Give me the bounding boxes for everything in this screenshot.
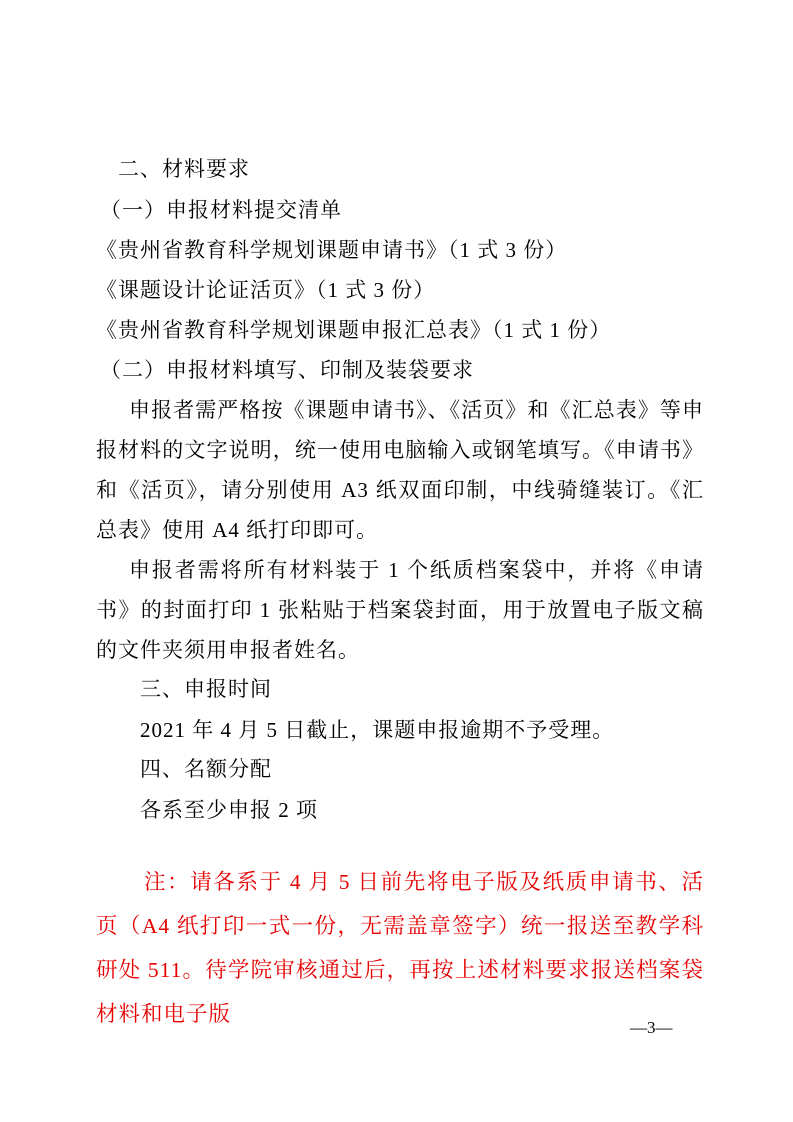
list-item-summary-table: 《贵州省教育科学规划课题申报汇总表》（1 式 1 份） <box>96 310 704 350</box>
paragraph-archive-bag-requirements: 申报者需将所有材料装于 1 个纸质档案袋中，并将《申请书》的封面打印 1 张粘贴… <box>96 550 704 670</box>
section-3-heading: 三、申报时间 <box>96 670 704 710</box>
note-red-text: 注：请各系于 4 月 5 日前先将电子版及纸质申请书、活页（A4 纸打印一式一份… <box>96 860 704 1036</box>
list-item-design-loose-pages: 《课题设计论证活页》（1 式 3 份） <box>96 270 704 310</box>
subsection-2-heading: （二）申报材料填写、印制及装袋要求 <box>96 350 704 390</box>
paragraph-quota: 各系至少申报 2 项 <box>96 790 704 830</box>
paragraph-deadline: 2021 年 4 月 5 日截止，课题申报逾期不予受理。 <box>96 710 704 750</box>
document-page: 二、材料要求 （一）申报材料提交清单 《贵州省教育科学规划课题申请书》（1 式 … <box>0 0 793 1122</box>
document-body: 二、材料要求 （一）申报材料提交清单 《贵州省教育科学规划课题申请书》（1 式 … <box>96 150 704 1036</box>
paragraph-fill-print-requirements: 申报者需严格按《课题申请书》、《活页》和《汇总表》等申报材料的文字说明，统一使用… <box>96 390 704 550</box>
subsection-1-heading: （一）申报材料提交清单 <box>96 190 704 230</box>
section-2-heading: 二、材料要求 <box>96 150 704 190</box>
list-item-application-form: 《贵州省教育科学规划课题申请书》（1 式 3 份） <box>96 230 704 270</box>
page-number: —3— <box>630 1018 673 1038</box>
section-4-heading: 四、名额分配 <box>96 750 704 790</box>
